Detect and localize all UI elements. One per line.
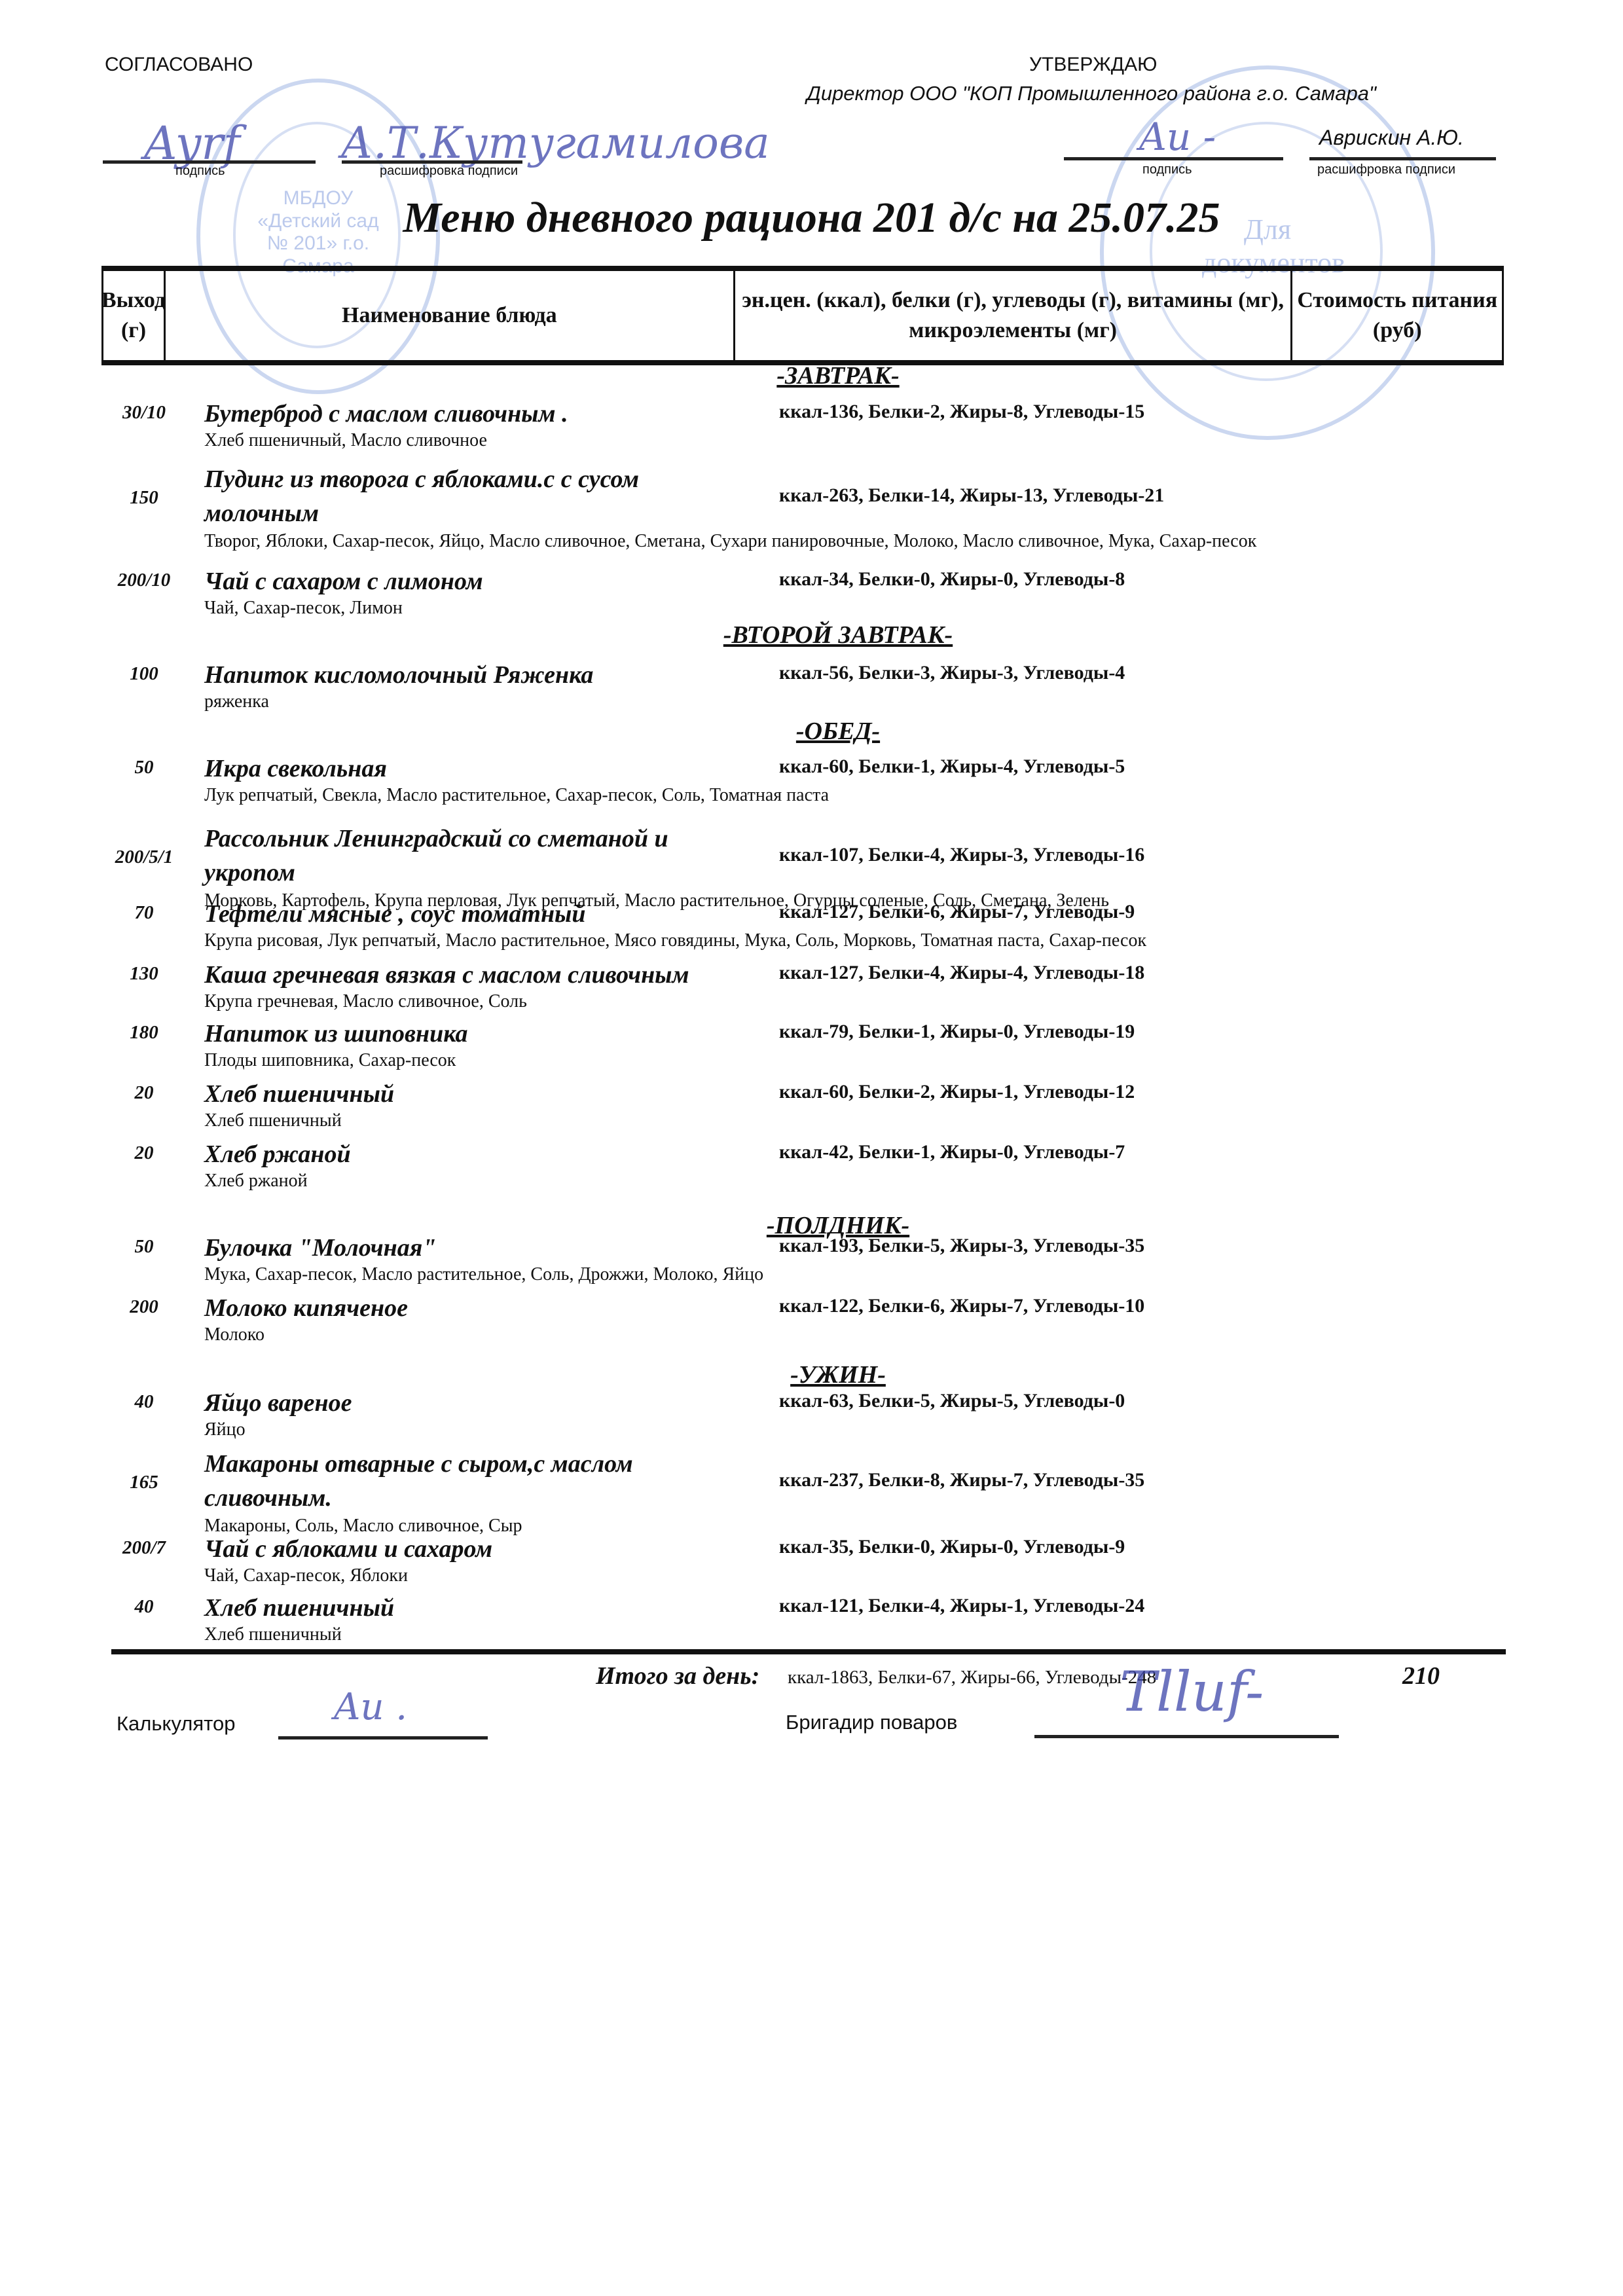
totals-divider <box>111 1649 1506 1654</box>
dish-nutrition: ккал-63, Белки-5, Жиры-5, Углеводы-0 <box>779 1390 1125 1412</box>
dish-nutrition: ккал-237, Белки-8, Жиры-7, Углеводы-35 <box>779 1469 1144 1491</box>
dish-ingredients: Хлеб пшеничный, Масло сливочное <box>204 429 1448 452</box>
right-decoding-caption: расшифровка подписи <box>1317 162 1455 177</box>
left-decoding-caption: расшифровка подписи <box>380 164 518 179</box>
dish-yield: 130 <box>105 963 183 985</box>
dish-nutrition: ккал-60, Белки-1, Жиры-4, Углеводы-5 <box>779 756 1125 778</box>
dish-ingredients: Чай, Сахар-песок, Яблоки <box>204 1565 1448 1587</box>
dish-nutrition: ккал-122, Белки-6, Жиры-7, Углеводы-10 <box>779 1295 1144 1317</box>
dish-yield: 30/10 <box>105 402 183 424</box>
dish-name: Чай с сахаром с лимоном <box>204 564 754 598</box>
approved-heading: УТВЕРЖДАЮ <box>1029 54 1157 76</box>
dish-name: Напиток из шиповника <box>204 1017 754 1051</box>
right-decoding-line <box>1309 157 1496 160</box>
dish-yield: 70 <box>105 902 183 924</box>
dish-ingredients: Чай, Сахар-песок, Лимон <box>204 597 1448 619</box>
dish-ingredients: ряженка <box>204 691 1448 713</box>
left-signature-caption: подпись <box>175 164 225 179</box>
dish-name: Хлеб пшеничный <box>204 1077 754 1111</box>
calculator-label: Калькулятор <box>117 1712 235 1736</box>
dish-ingredients: Крупа гречневая, Масло сливочное, Соль <box>204 991 1448 1013</box>
column-header-name: Наименование блюда <box>166 271 735 360</box>
dish-yield: 150 <box>105 487 183 509</box>
dish-name: Каша гречневая вязкая с маслом сливочным <box>204 958 754 992</box>
column-header-yield: Выход (г) <box>103 271 166 360</box>
right-signature-caption: подпись <box>1142 162 1192 177</box>
dish-nutrition: ккал-42, Белки-1, Жиры-0, Углеводы-7 <box>779 1141 1125 1163</box>
dish-yield: 40 <box>105 1596 183 1618</box>
dish-name: Хлеб пшеничный <box>204 1591 754 1625</box>
dish-name: Рассольник Ленинградский со сметаной и у… <box>204 822 702 890</box>
table-header: Выход (г) Наименование блюда эн.цен. (кк… <box>101 266 1504 365</box>
dish-yield: 100 <box>105 663 183 685</box>
dish-yield: 165 <box>105 1472 183 1493</box>
agreed-heading: СОГЛАСОВАНО <box>105 54 253 76</box>
dish-nutrition: ккал-136, Белки-2, Жиры-8, Углеводы-15 <box>779 401 1144 423</box>
dish-yield: 20 <box>105 1142 183 1164</box>
calculator-signature: Au . <box>334 1686 407 1728</box>
page-title: Меню дневного рациона 201 д/с на 25.07.2… <box>0 193 1623 243</box>
dish-nutrition: ккал-34, Белки-0, Жиры-0, Углеводы-8 <box>779 568 1125 591</box>
dish-name: Яйцо вареное <box>204 1386 754 1420</box>
chef-signature-line <box>1034 1735 1339 1738</box>
dish-yield: 200/7 <box>105 1537 183 1559</box>
dish-ingredients: Плоды шиповника, Сахар-песок <box>204 1049 1448 1072</box>
total-label: Итого за день: <box>596 1662 759 1690</box>
dish-ingredients: Хлеб пшеничный <box>204 1110 1448 1132</box>
dish-nutrition: ккал-263, Белки-14, Жиры-13, Углеводы-21 <box>779 484 1164 507</box>
section-title: -ОБЕД- <box>0 717 1623 746</box>
dish-ingredients: Мука, Сахар-песок, Масло растительное, С… <box>204 1264 1448 1286</box>
calculator-signature-line <box>278 1736 488 1740</box>
dish-yield: 40 <box>105 1391 183 1413</box>
chef-label: Бригадир поваров <box>786 1711 957 1734</box>
dish-nutrition: ккал-121, Белки-4, Жиры-1, Углеводы-24 <box>779 1595 1144 1617</box>
dish-yield: 200/5/1 <box>105 847 183 868</box>
right-signature-line <box>1064 157 1283 160</box>
dish-ingredients: Яйцо <box>204 1419 1448 1441</box>
director-title: Директор ООО "КОП Промышленного района г… <box>807 82 1376 105</box>
column-header-cost: Стоимость питания (руб) <box>1292 271 1502 360</box>
right-signature: Au - <box>1139 115 1216 159</box>
dish-nutrition: ккал-107, Белки-4, Жиры-3, Углеводы-16 <box>779 844 1144 866</box>
dish-yield: 180 <box>105 1022 183 1044</box>
dish-ingredients: Молоко <box>204 1324 1448 1346</box>
dish-nutrition: ккал-127, Белки-4, Жиры-4, Углеводы-18 <box>779 962 1144 984</box>
chef-signature: Tlluf- <box>1120 1660 1264 1724</box>
dish-nutrition: ккал-56, Белки-3, Жиры-3, Углеводы-4 <box>779 662 1125 684</box>
section-title: -УЖИН- <box>0 1360 1623 1389</box>
dish-nutrition: ккал-79, Белки-1, Жиры-0, Углеводы-19 <box>779 1021 1135 1043</box>
dish-name: Молоко кипяченое <box>204 1291 754 1325</box>
dish-name: Бутерброд с маслом сливочным . <box>204 397 754 431</box>
dish-yield: 50 <box>105 757 183 778</box>
dish-nutrition: ккал-35, Белки-0, Жиры-0, Углеводы-9 <box>779 1536 1125 1558</box>
dish-yield: 200/10 <box>105 570 183 591</box>
total-nutrition: ккал-1863, Белки-67, Жиры-66, Углеводы-2… <box>788 1667 1156 1688</box>
dish-name: Булочка "Молочная" <box>204 1231 754 1265</box>
section-title: -ЗАВТРАК- <box>0 361 1623 390</box>
right-signatory-name: Аврискин А.Ю. <box>1319 126 1464 150</box>
dish-name: Тефтели мясные , соус томатный <box>204 897 754 931</box>
column-header-nutrition: эн.цен. (ккал), белки (г), углеводы (г),… <box>735 271 1293 360</box>
dish-name: Чай с яблоками и сахаром <box>204 1532 754 1566</box>
dish-name: Пудинг из творога с яблоками.с с сусом м… <box>204 462 702 530</box>
dish-nutrition: ккал-60, Белки-2, Жиры-1, Углеводы-12 <box>779 1081 1135 1103</box>
dish-ingredients: Творог, Яблоки, Сахар-песок, Яйцо, Масло… <box>204 530 1396 553</box>
dish-yield: 200 <box>105 1296 183 1318</box>
dish-ingredients: Хлеб ржаной <box>204 1170 1448 1192</box>
dish-ingredients: Крупа рисовая, Лук репчатый, Масло расти… <box>204 930 1448 952</box>
dish-ingredients: Хлеб пшеничный <box>204 1624 1448 1646</box>
dish-name: Икра свекольная <box>204 752 754 786</box>
dish-name: Хлеб ржаной <box>204 1137 754 1171</box>
section-title: -ВТОРОЙ ЗАВТРАК- <box>0 621 1623 649</box>
dish-yield: 50 <box>105 1236 183 1258</box>
dish-nutrition: ккал-127, Белки-6, Жиры-7, Углеводы-9 <box>779 901 1135 923</box>
dish-name: Напиток кисломолочный Ряженка <box>204 658 754 692</box>
dish-nutrition: ккал-193, Белки-5, Жиры-3, Углеводы-35 <box>779 1235 1144 1257</box>
dish-yield: 20 <box>105 1082 183 1104</box>
total-cost: 210 <box>1402 1662 1440 1690</box>
dish-name: Макароны отварные с сыром,с маслом сливо… <box>204 1447 702 1515</box>
dish-ingredients: Лук репчатый, Свекла, Масло растительное… <box>204 784 1448 807</box>
